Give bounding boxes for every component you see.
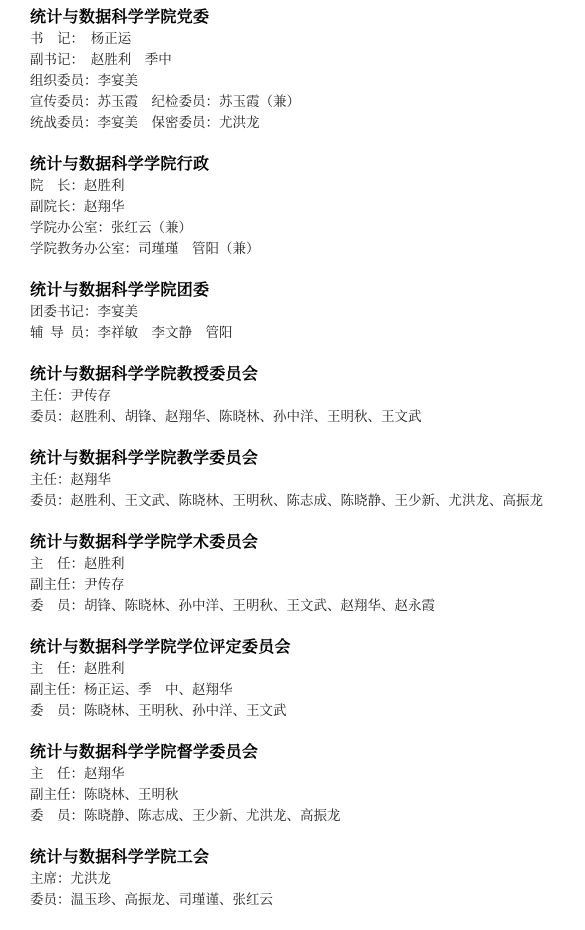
section-line: 主任：尹传存 (30, 385, 567, 406)
section-line: 副书记： 赵胜利 季中 (30, 49, 567, 70)
org-section: 统计与数据科学学院行政 院 长：赵胜利副院长：赵翔华学院办公室：张红云（兼）学院… (30, 154, 567, 259)
section-line: 委员：赵胜利、胡锋、赵翔华、陈晓林、孙中洋、王明秋、王文武 (30, 406, 567, 427)
org-section: 统计与数据科学学院学术委员会 主 任：赵胜利副主任：尹传存委 员：胡锋、陈晓林、… (30, 532, 567, 616)
section-line: 宣传委员：苏玉霞 纪检委员：苏玉霞（兼） (30, 91, 567, 112)
section-line: 委 员：陈晓林、王明秋、孙中洋、王文武 (30, 700, 567, 721)
org-directory-document: 统计与数据科学学院党委 书 记： 杨正运副书记： 赵胜利 季中组织委员：李宴美宣… (0, 0, 585, 930)
section-title: 统计与数据科学学院党委 (30, 7, 567, 28)
section-line: 院 长：赵胜利 (30, 175, 567, 196)
org-section: 统计与数据科学学院学位评定委员会 主 任：赵胜利副主任：杨正运、季 中、赵翔华委… (30, 637, 567, 721)
section-lines: 主 任：赵胜利副主任：杨正运、季 中、赵翔华委 员：陈晓林、王明秋、孙中洋、王文… (30, 658, 567, 721)
section-title: 统计与数据科学学院教学委员会 (30, 448, 567, 469)
section-line: 副院长：赵翔华 (30, 196, 567, 217)
section-line: 委员：赵胜利、王文武、陈晓林、王明秋、陈志成、陈晓静、王少新、尤洪龙、高振龙 (30, 490, 567, 511)
section-line: 书 记： 杨正运 (30, 28, 567, 49)
section-title: 统计与数据科学学院学术委员会 (30, 532, 567, 553)
section-line: 副主任：尹传存 (30, 574, 567, 595)
section-line: 主 任：赵胜利 (30, 658, 567, 679)
section-title: 统计与数据科学学院行政 (30, 154, 567, 175)
section-line: 委 员：陈晓静、陈志成、王少新、尤洪龙、高振龙 (30, 805, 567, 826)
section-line: 主任：赵翔华 (30, 469, 567, 490)
section-title: 统计与数据科学学院教授委员会 (30, 364, 567, 385)
section-line: 委员：温玉珍、高振龙、司瑾谨、张红云 (30, 889, 567, 910)
section-lines: 主任：赵翔华委员：赵胜利、王文武、陈晓林、王明秋、陈志成、陈晓静、王少新、尤洪龙… (30, 469, 567, 511)
section-lines: 团委书记：李宴美辅 导 员：李祥敏 李文静 管阳 (30, 301, 567, 343)
org-section: 统计与数据科学学院党委 书 记： 杨正运副书记： 赵胜利 季中组织委员：李宴美宣… (30, 7, 567, 133)
org-section: 统计与数据科学学院团委 团委书记：李宴美辅 导 员：李祥敏 李文静 管阳 (30, 280, 567, 343)
section-line: 副主任：陈晓林、王明秋 (30, 784, 567, 805)
section-line: 统战委员：李宴美 保密委员：尤洪龙 (30, 112, 567, 133)
section-title: 统计与数据科学学院督学委员会 (30, 742, 567, 763)
section-lines: 主席：尤洪龙委员：温玉珍、高振龙、司瑾谨、张红云 (30, 868, 567, 910)
section-line: 学院办公室：张红云（兼） (30, 217, 567, 238)
section-line: 辅 导 员：李祥敏 李文静 管阳 (30, 322, 567, 343)
section-lines: 院 长：赵胜利副院长：赵翔华学院办公室：张红云（兼）学院教务办公室：司瑾瑾 管阳… (30, 175, 567, 259)
section-lines: 主 任：赵翔华副主任：陈晓林、王明秋委 员：陈晓静、陈志成、王少新、尤洪龙、高振… (30, 763, 567, 826)
section-lines: 主 任：赵胜利副主任：尹传存委 员：胡锋、陈晓林、孙中洋、王明秋、王文武、赵翔华… (30, 553, 567, 616)
org-section: 统计与数据科学学院教授委员会 主任：尹传存委员：赵胜利、胡锋、赵翔华、陈晓林、孙… (30, 364, 567, 427)
section-line: 副主任：杨正运、季 中、赵翔华 (30, 679, 567, 700)
section-title: 统计与数据科学学院工会 (30, 847, 567, 868)
section-line: 团委书记：李宴美 (30, 301, 567, 322)
section-title: 统计与数据科学学院学位评定委员会 (30, 637, 567, 658)
section-line: 委 员：胡锋、陈晓林、孙中洋、王明秋、王文武、赵翔华、赵永霞 (30, 595, 567, 616)
org-section: 统计与数据科学学院督学委员会 主 任：赵翔华副主任：陈晓林、王明秋委 员：陈晓静… (30, 742, 567, 826)
section-line: 组织委员：李宴美 (30, 70, 567, 91)
org-section: 统计与数据科学学院教学委员会 主任：赵翔华委员：赵胜利、王文武、陈晓林、王明秋、… (30, 448, 567, 511)
section-title: 统计与数据科学学院团委 (30, 280, 567, 301)
section-lines: 主任：尹传存委员：赵胜利、胡锋、赵翔华、陈晓林、孙中洋、王明秋、王文武 (30, 385, 567, 427)
section-lines: 书 记： 杨正运副书记： 赵胜利 季中组织委员：李宴美宣传委员：苏玉霞 纪检委员… (30, 28, 567, 133)
org-section: 统计与数据科学学院工会 主席：尤洪龙委员：温玉珍、高振龙、司瑾谨、张红云 (30, 847, 567, 910)
section-line: 主 任：赵胜利 (30, 553, 567, 574)
section-line: 学院教务办公室：司瑾瑾 管阳（兼） (30, 238, 567, 259)
section-line: 主席：尤洪龙 (30, 868, 567, 889)
section-line: 主 任：赵翔华 (30, 763, 567, 784)
